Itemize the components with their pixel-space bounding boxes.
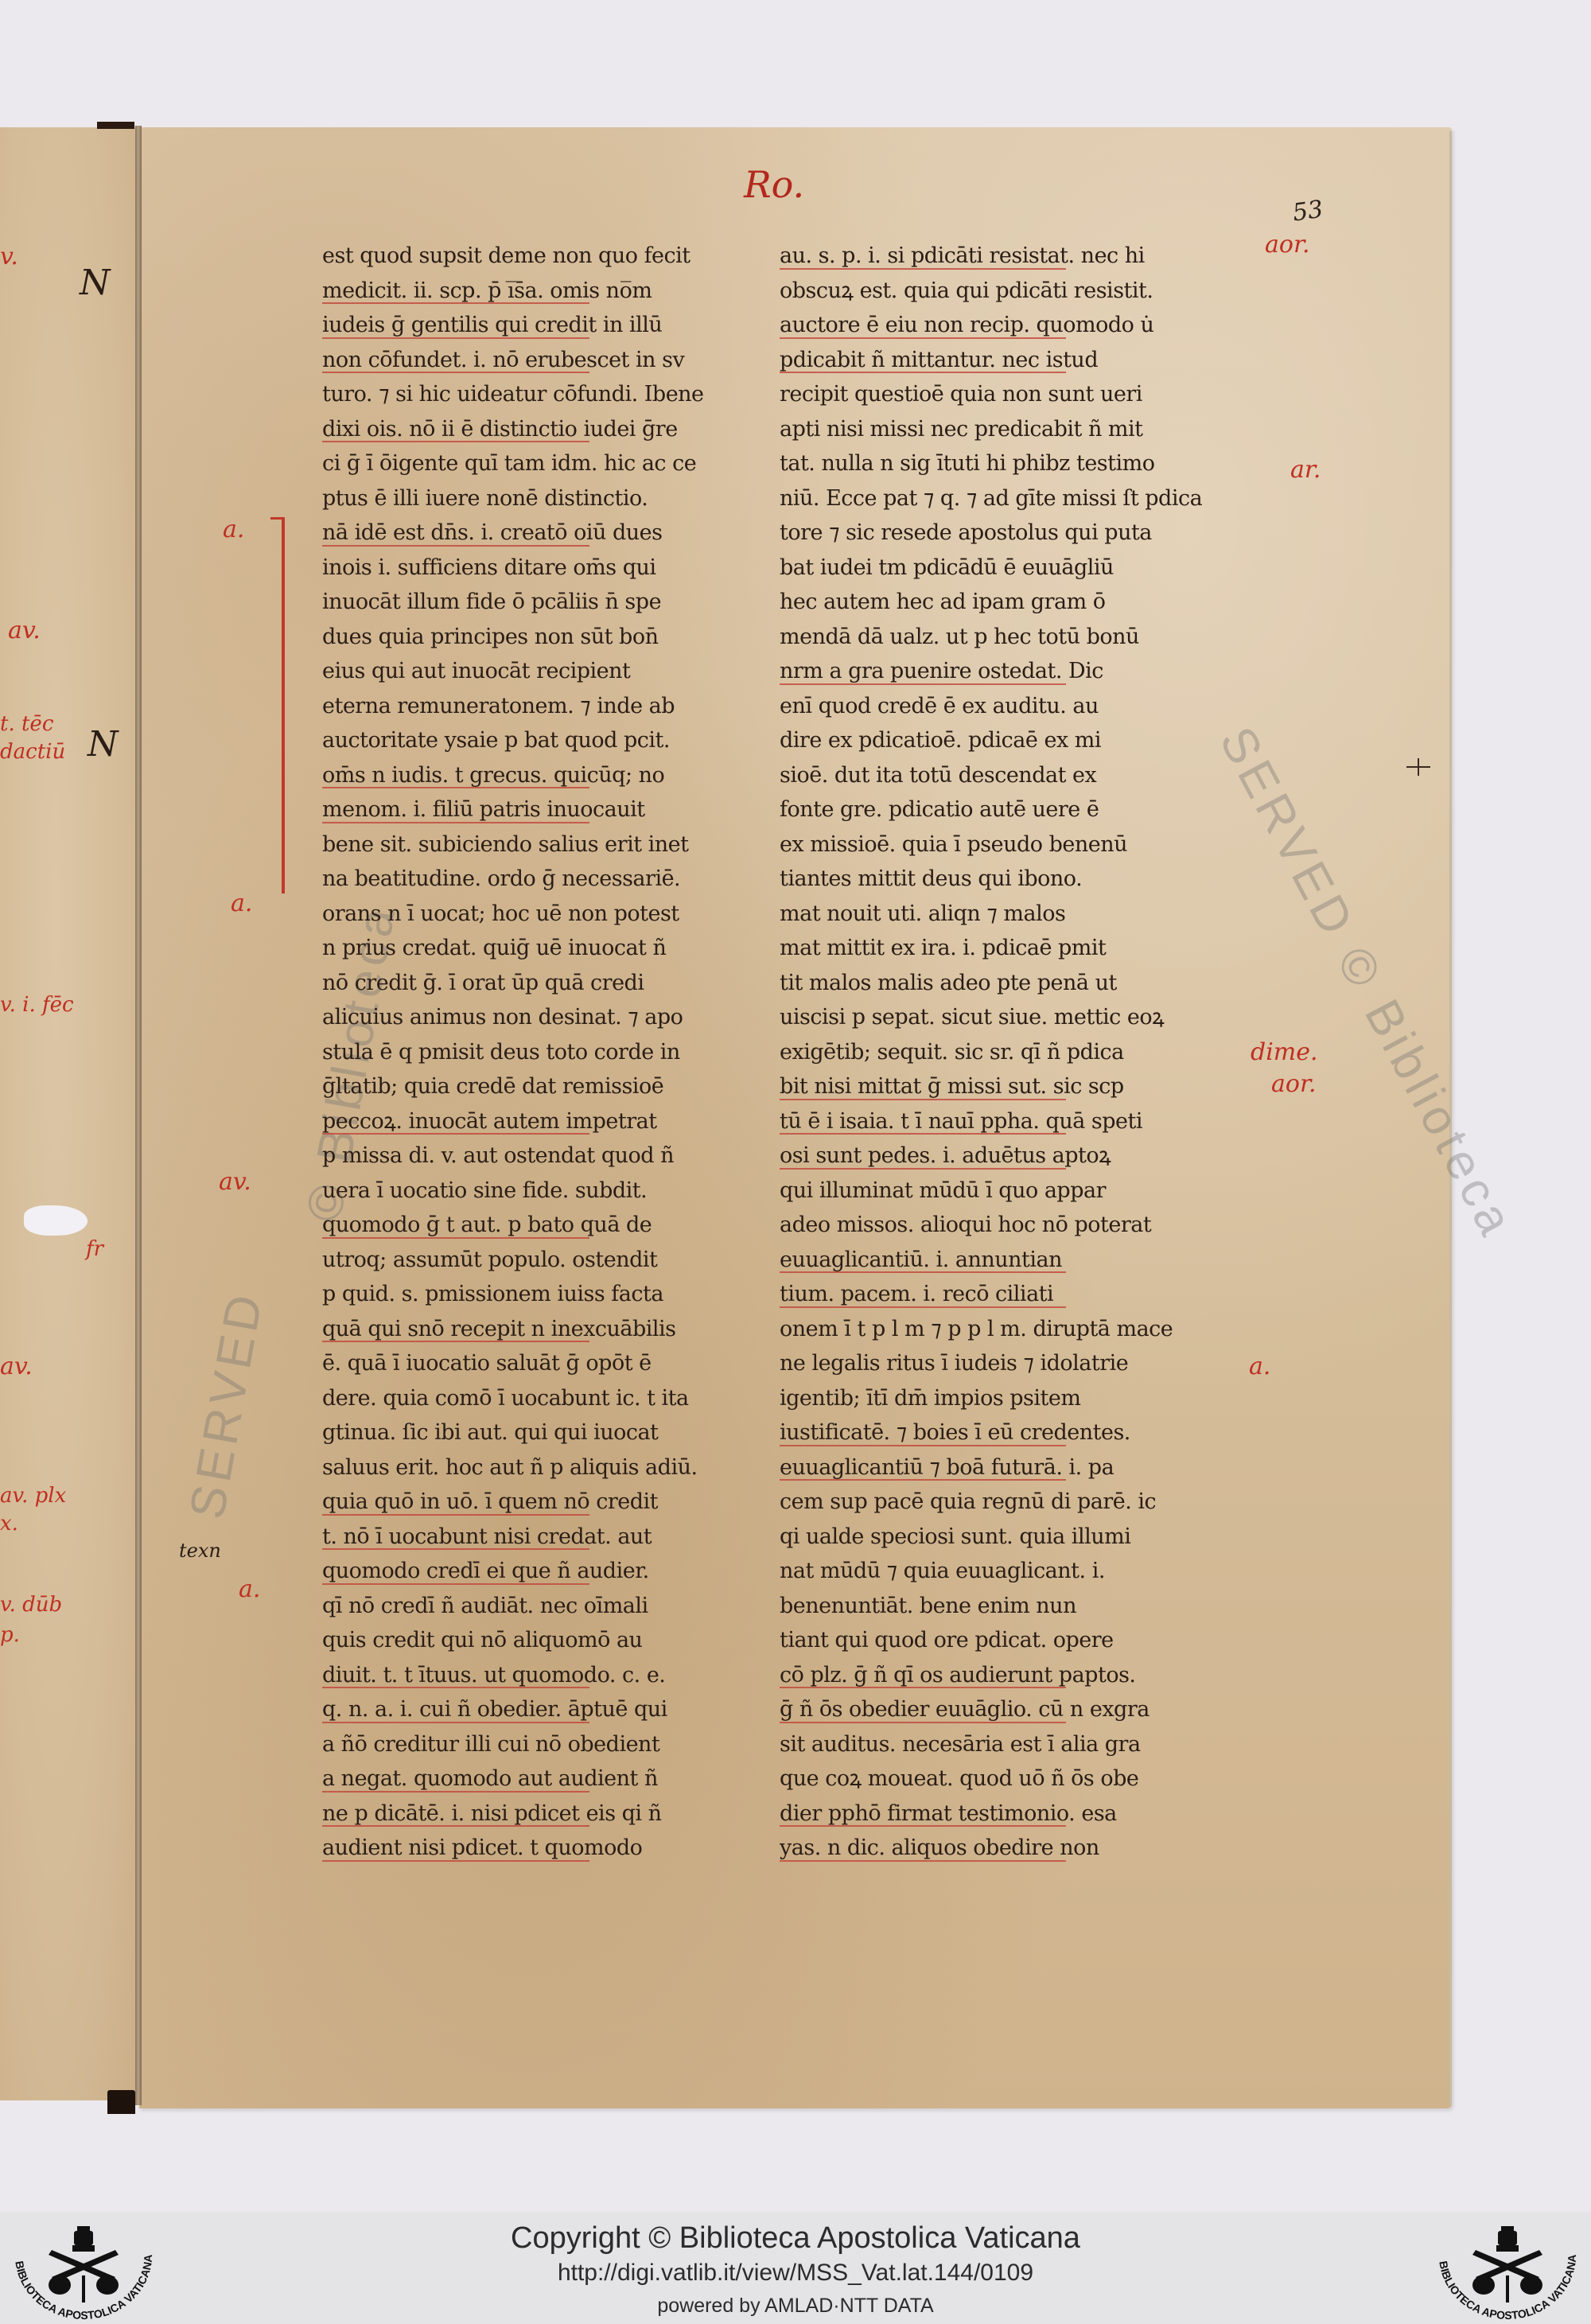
text-line: tiantes mittit deus qui ibono. [780,862,1257,897]
text-line: iustificatē. ⁊ boies ī eū credentes. [780,1415,1257,1450]
margin-gloss: p. [0,1623,20,1647]
text-line: ne p dicātē. i. nisi pdicet eis qi ñ [322,1797,768,1832]
text-line: recipit questioē quia non sunt ueri [780,377,1257,412]
text-line: nrm a gra puenire ostedat. Dic [780,654,1257,689]
vatican-library-logo: BIBLIOTECA APOSTOLICA VATICANA [1428,2220,1587,2323]
text-line: est quod supsit deme non quo fecit [322,239,768,274]
margin-gloss: aor. [1265,231,1310,259]
text-line: nō credit ḡ. ī orat ūp quā credi [322,966,768,1001]
margin-gloss: dactiū [0,740,65,764]
text-line: mat nouit uti. aliqn ⁊ malos [780,897,1257,932]
text-line: auctore ē eiu non recip. quomodo u̇ [780,308,1257,343]
permalink-url[interactable]: http://digi.vatlib.it/view/MSS_Vat.lat.1… [0,2260,1591,2287]
text-line: benenuntiāt. bene enim nun [780,1589,1257,1624]
text-line: apti nisi missi nec predicabit ñ mit [780,412,1257,447]
margin-gloss: aor. [1271,1070,1317,1098]
book-spine [135,126,142,2105]
margin-gloss: ar. [1290,456,1321,484]
text-line: nā idē est dn̄s. i. creatō oiū dues [322,516,768,551]
text-line: tū ē i isaia. t ī nauī ppha. quā speti [780,1104,1257,1139]
folio-number: 53 [1291,196,1325,228]
margin-gloss: t. tēc [0,712,53,736]
text-line: exigētib; sequit. sic sr. qī ñ pdica [780,1035,1257,1070]
nota-mark-icon: N [80,263,111,303]
text-line: cō plz. ḡ ñ qī os audierunt paptos. [780,1658,1257,1693]
margin-gloss: a. [1249,1353,1270,1380]
margin-gloss: a. [231,890,252,917]
folio-edge [1449,131,1452,2104]
text-line: uera ī uocatio sine fide. subdit. [322,1174,768,1209]
text-line: ci ḡ ī ōigente quī tam idm. hic ac ce [322,446,768,481]
text-line: bene sit. subiciendo salius erit inet [322,827,768,862]
margin-gloss: fr [86,1237,103,1261]
text-line: quā qui snō recepit n inexcuābilis [322,1312,768,1347]
text-line: euuaglicantiū. i. annuntian [780,1243,1257,1278]
text-line: quomodo credī ei que ñ audier. [322,1554,768,1589]
text-line: pdicabit ñ mittantur. nec istud [780,343,1257,378]
text-line: onem ī t p l m ⁊ p p l m. diruptā mace [780,1312,1257,1347]
text-line: peccoꝝ. inuocāt autem impetrat [322,1104,768,1139]
text-line: dixi ois. nō ii ē distinctio iudei ḡre [322,412,768,447]
text-line: eius qui aut inuocāt recipient [322,654,768,689]
text-line: qi ualde speciosi sunt. quia illumi [780,1520,1257,1555]
text-line: bat iudei tm pdicādū ē euuāgliū [780,551,1257,586]
text-line: osi sunt pedes. i. aduētus aptoꝝ [780,1139,1257,1174]
text-line: orans n ī uocat; hoc uē non potest [322,897,768,932]
text-line: bit nisi mittat ḡ missi sut. sic scp [780,1069,1257,1104]
text-line: dire ex pdicatioē. pdicaē ex mi [780,723,1257,758]
text-line: tore ⁊ sic resede apostolus qui puta [780,516,1257,551]
text-line: a negat. quomodo aut audient ñ [322,1761,768,1797]
text-line: quia quō in uō. ī quem nō credit [322,1485,768,1520]
text-line: qui illuminat mūdū ī quo appar [780,1174,1257,1209]
text-line: auctoritate ysaie p bat quod pcit. [322,723,768,758]
text-line: a ñō creditur illi cui nō obedient [322,1727,768,1762]
text-line: au. s. p. i. si pdicāti resistat. nec hi [780,239,1257,274]
nota-mark-icon: N [88,724,119,765]
margin-gloss: av. [0,1353,33,1380]
margin-gloss: av. [8,617,41,644]
text-line: yas. n dic. aliquos obedire non [780,1831,1257,1866]
text-line: medicit. ii. scp. p̄ i̅s̄a. omis no̅m [322,274,768,309]
parchment-hole [24,1205,88,1236]
text-line: gtinua. ſic ibi aut. qui qui iuocat [322,1415,768,1450]
text-line: quis credit qui nō aliquomō au [322,1623,768,1658]
text-line: que coꝝ moueat. quod uō ñ ōs obe [780,1761,1257,1797]
text-line: qī nō credī ñ audiāt. nec oīmali [322,1589,768,1624]
text-line: om̄s n iudis. t grecus. quicūq; no [322,758,768,793]
papal-coat-of-arms-icon: BIBLIOTECA APOSTOLICA VATICANA [4,2220,163,2323]
text-line: tit malos malis adeo pte penā ut [780,966,1257,1001]
margin-gloss: dime. [1251,1038,1318,1066]
text-line: mat mittit ex ira. i. pdicaē pmit [780,931,1257,966]
text-line: quomodo ḡ t aut. p bato quā de [322,1208,768,1243]
text-line: menom. i. filiū patris inuocauit [322,792,768,827]
text-line: p quid. s. pmissionem iuiss facta [322,1277,768,1312]
text-line: ḡltatib; quia credē dat remissioē [322,1069,768,1104]
margin-gloss: a. [239,1575,260,1603]
text-line: na beatitudine. ordo ḡ necessariē. [322,862,768,897]
text-line: euuaglicantiū ⁊ boā futurā. i. pa [780,1450,1257,1485]
text-line: audient nisi pdicet. t quomodo [322,1831,768,1866]
margin-gloss: v. dūb [0,1593,62,1617]
text-line: inuocāt illum fide ō pcāliis n̄ spe [322,585,768,620]
margin-gloss: v. i. fēc [0,993,74,1017]
text-line: sioē. dut ita totū descendat ex [780,758,1257,793]
binding-tab [107,2090,135,2114]
papal-coat-of-arms-icon: BIBLIOTECA APOSTOLICA VATICANA [1428,2220,1587,2323]
text-line: t. nō ī uocabunt nisi credat. aut [322,1520,768,1555]
text-line: ptus ē illi iuere nonē distinctio. [322,481,768,516]
text-line: obscuꝝ est. quia qui pdicāti resistit. [780,274,1257,309]
text-line: alicuius animus non desinat. ⁊ apo [322,1000,768,1035]
text-line: ex missioē. quia ī pseudo benenū [780,827,1257,862]
viewer-footer: Copyright © Biblioteca Apostolica Vatica… [0,2212,1591,2324]
text-line: tiant qui quod ore pdicat. opere [780,1623,1257,1658]
text-line: eterna remuneratonem. ⁊ inde ab [322,689,768,724]
text-line: uiscisi p sepat. sicut siue. mettic eoꝝ [780,1000,1257,1035]
text-column-left: est quod supsit deme non quo fecitmedici… [322,239,768,1866]
text-line: non cōfundet. i. nō erubescet in sv [322,343,768,378]
text-line: utroq; assumūt populo. ostendit [322,1243,768,1278]
margin-gloss: v. [0,243,18,271]
margin-gloss: x. [0,1512,18,1536]
text-line: turo. ⁊ si hic uideatur cōfundi. Ibene [322,377,768,412]
margin-gloss: av. plx [0,1484,66,1508]
text-line: stula ē q pmisit deus toto corde in [322,1035,768,1070]
binding-tab [97,122,134,129]
text-line: fonte gre. pdicatio autē uere ē [780,792,1257,827]
text-line: p missa di. v. aut ostendat quod ñ [322,1139,768,1174]
text-line: ē. quā ī iuocatio saluāt ḡ opōt ē [322,1346,768,1381]
text-line: dier pphō firmat testimonio. esa [780,1797,1257,1832]
cross-mark-icon [1406,756,1430,780]
margin-gloss: texn [179,1540,221,1562]
vatican-library-logo: BIBLIOTECA APOSTOLICA VATICANA [4,2220,163,2323]
text-line: n prius credat. quiḡ uē inuocat ñ [322,931,768,966]
margin-gloss: av. [219,1168,251,1196]
text-line: cem sup pacē quia regnū di parē. ic [780,1485,1257,1520]
running-head: Ro. [744,163,804,206]
text-line: iudeis ḡ gentilis qui credit in illū [322,308,768,343]
text-line: enī quod credē ē ex auditu. au [780,689,1257,724]
copyright-text: Copyright © Biblioteca Apostolica Vatica… [0,2221,1591,2256]
text-column-right: au. s. p. i. si pdicāti resistat. nec hi… [780,239,1257,1866]
text-line: adeo missos. alioqui hoc nō poterat [780,1208,1257,1243]
text-line: hec autem hec ad ipam gram ō [780,585,1257,620]
text-line: mendā dā ualz. ut p hec totū bonū [780,620,1257,655]
text-line: nat mūdū ⁊ quia euuaglicant. i. [780,1554,1257,1589]
text-line: igentib; ītī dm̄ impios psitem [780,1381,1257,1416]
text-line: dere. quia comō ī uocabunt ic. t ita [322,1381,768,1416]
text-line: dues quia principes non sūt bon̄ [322,620,768,655]
text-line: ḡ ñ ōs obedier euuāglio. cū n exgra [780,1692,1257,1727]
text-line: niū. Ecce pat ⁊ q. ⁊ ad gīte missi ſt pd… [780,481,1257,516]
facing-page-left [0,127,139,2100]
text-line: tium. pacem. i. recō ciliati [780,1277,1257,1312]
text-line: q. n. a. i. cui ñ obedier. āptuē qui [322,1692,768,1727]
text-line: sit auditus. necesāria est ī alia gra [780,1727,1257,1762]
powered-by-text: powered by AMLAD·NTT DATA [0,2295,1591,2318]
text-line: tat. nulla n sig ītuti hi phibz testimo [780,446,1257,481]
text-line: diuit. t. t ītuus. ut quomodo. c. e. [322,1658,768,1693]
text-line: inois i. sufficiens ditare om̄s qui [322,551,768,586]
text-line: ne legalis ritus ī iudeis ⁊ idolatrie [780,1346,1257,1381]
rubric-bracket [270,517,285,893]
margin-gloss: a. [223,516,244,543]
text-line: saluus erit. hoc aut ñ p aliquis adiū. [322,1450,768,1485]
